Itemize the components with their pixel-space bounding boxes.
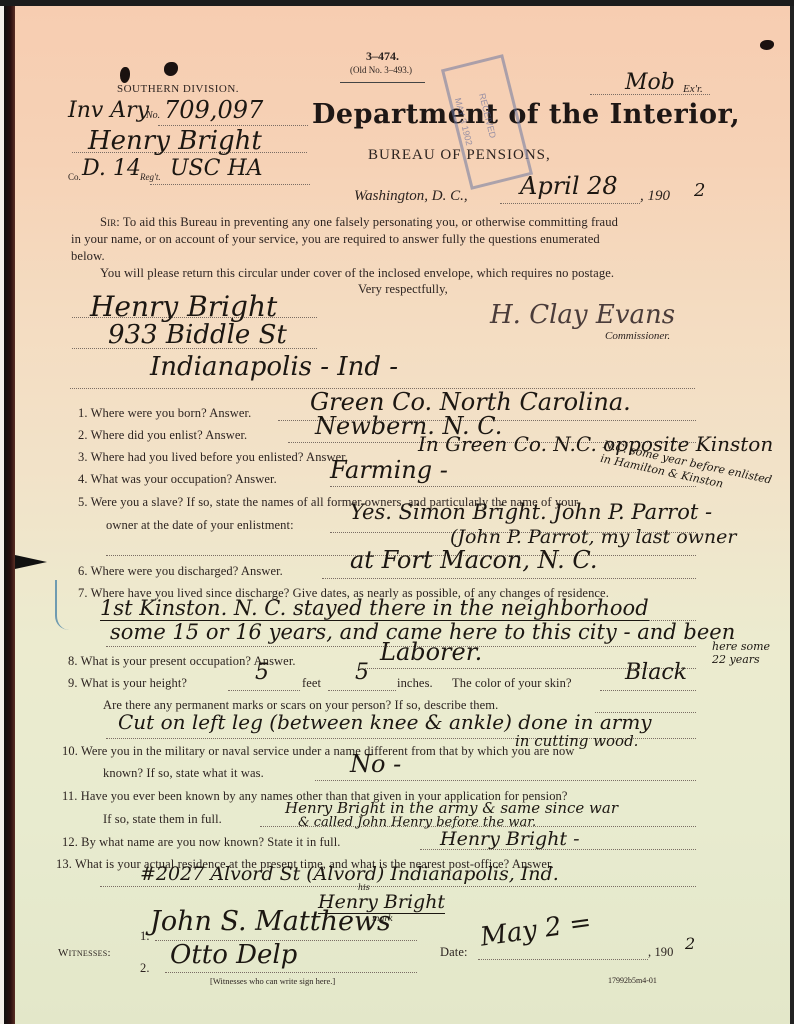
witness-1-signature: John S. Matthews [150,906,391,937]
skin-color: Black [625,660,687,685]
instructions-line-3: below. [71,249,105,264]
regiment-line [150,184,310,185]
height-feet: 5 [255,660,269,685]
issue-year-handwritten: 2 [694,180,705,201]
answer-8: Laborer. [380,638,482,666]
issue-year-printed: , 190 [640,188,670,205]
instructions-line-2: in your name, or on account of your serv… [71,232,600,247]
header-rule [340,82,425,83]
place-label: Washington, D. C., [354,188,468,205]
blue-check-mark [55,580,69,630]
addressee-street: 933 Biddle St [108,320,287,350]
sign-year-printed: , 190 [648,945,674,960]
question-1: 1. Where were you born? Answer. [78,406,251,421]
answer-7: 1st Kinston. N. C. stayed there in the n… [100,596,649,621]
question-9: 9. What is your height? [68,676,187,691]
company-value: D. 14 [82,156,141,181]
addressee-name: Henry Bright [90,290,277,323]
question-10: 10. Were you in the military or naval se… [62,744,574,759]
answer-3: In Green Co. N.C. opposite Kinston [418,432,773,456]
date-label: Date: [440,945,468,960]
question-2: 2. Where did you enlist? Answer. [78,428,247,443]
answer-5: Yes. Simon Bright. John P. Parrot - [350,500,712,524]
margin-arrow-marker [15,555,47,569]
answer-line-6 [322,578,696,579]
witness-2-number: 2. [140,961,150,976]
witness-2-line [165,972,417,973]
marks-answer: Cut on left leg (between knee & ankle) d… [118,710,652,734]
issue-date: April 28 [520,172,618,200]
closing: Very respectfully, [358,282,448,297]
answer-6: at Fort Macon, N. C. [350,546,597,574]
instructions-line-1: Sir: To aid this Bureau in preventing an… [100,215,618,230]
claim-type: Inv Ary [68,98,149,123]
answer-4: Farming - [330,456,448,484]
answer-line-4 [330,486,696,487]
answer-13: #2027 Alvord St (Alvord) Indianapolis, I… [140,863,559,885]
instructions-text: To aid this Bureau in preventing any one… [120,215,618,229]
print-code: 17992b5m4-01 [608,976,657,985]
skin-color-line [600,690,696,691]
height-inches: 5 [355,660,369,685]
regiment-value: USC HA [170,156,263,181]
feet-line [228,690,300,691]
question-12: 12. By what name are you now known? Stat… [62,835,341,850]
witness-2-signature: Otto Delp [170,940,297,970]
answer-line-13 [100,886,696,887]
company-label: Co. [68,172,81,182]
answer-7-margin-note: here some 22 years [712,640,782,666]
answer-line-10 [315,780,696,781]
question-11-cont: If so, state them in full. [103,812,222,827]
return-instructions: You will please return this circular und… [100,266,614,281]
scan-border-right [790,6,794,1024]
scan-border-left-shadow [4,6,15,1024]
form-number: 3–474. [366,49,399,64]
question-6: 6. Where were you discharged? Answer. [78,564,283,579]
salutation: Sir: [100,215,120,229]
stamp-received: RECEIVED [477,92,498,139]
skin-color-label: The color of your skin? [452,676,572,691]
question-10-cont: known? If so, state what it was. [103,766,264,781]
sign-date-line [478,959,648,960]
answer-12: Henry Bright - [440,828,580,850]
examiner-label: Ex'r. [683,83,703,95]
witnesses-label: Witnesses: [58,947,111,959]
claimant-name-header: Henry Bright [88,126,262,156]
claim-number: 709,097 [164,96,263,124]
question-3: 3. Where had you lived before you enlist… [78,450,348,465]
sign-year-handwritten: 2 [685,934,695,953]
witness-1-number: 1. [140,929,150,944]
old-form-number: (Old No. 3–493.) [350,65,412,75]
inches-label: inches. [397,676,433,691]
answer-5-cont: (John P. Parrot, my last owner [450,526,736,548]
feet-label: feet [302,676,321,691]
examiner-initials: Mob [625,70,675,95]
question-5-cont: owner at the date of your enlistment: [106,518,294,533]
department-heading: Department of the Interior, [312,99,740,130]
division-label: SOUTHERN DIVISION. [117,83,239,95]
commissioner-title: Commissioner. [605,330,670,342]
claim-no-label: No. [146,110,160,121]
question-4: 4. What was your occupation? Answer. [78,472,277,487]
date-line [500,203,640,204]
mark-label-his: his [358,883,370,892]
witness-instructions: [Witnesses who can write sign here.] [210,976,335,986]
commissioner-signature: H. Clay Evans [490,300,675,330]
addressee-city: Indianapolis - Ind - [150,352,398,382]
inches-line [328,690,396,691]
answer-10: No - [350,750,401,778]
regiment-label: Reg't. [140,172,161,182]
